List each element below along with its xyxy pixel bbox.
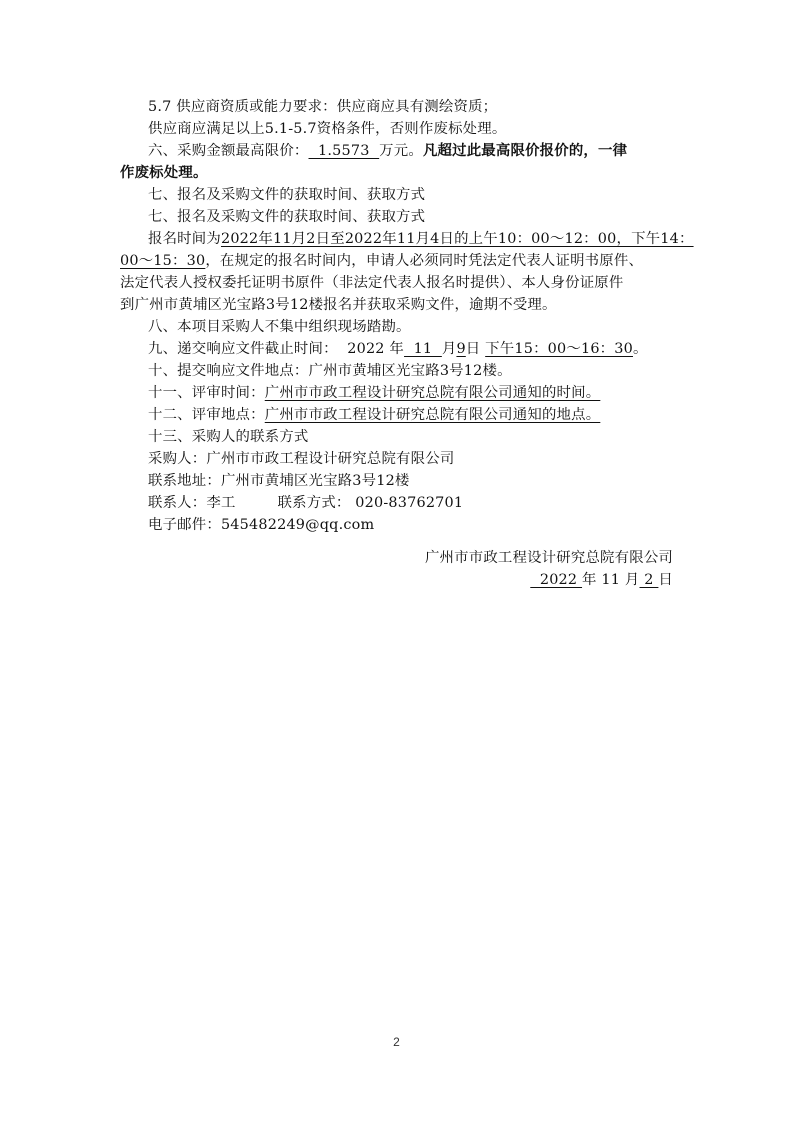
price-limit-warning: 凡超过此最高限价报价的，一律 — [423, 143, 627, 159]
company-name: 广州市市政工程设计研究总院有限公司 — [425, 550, 673, 566]
contact-phone: 联系方式： 020-83762701 — [278, 495, 464, 511]
date-year: 2022 — [530, 572, 582, 588]
submission-location: 十、提交响应文件地点：广州市黄埔区光宝路3号12楼。 — [148, 360, 680, 382]
text: 电子邮件：545482249@qq.com — [148, 517, 374, 533]
text: 5.7 供应商资质或能力要求：供应商应具有测绘资质； — [148, 99, 497, 115]
contact-heading: 十三、采购人的联系方式 — [148, 426, 680, 448]
text: 法定代表人授权委托证明书原件（非法定代表人报名时提供）、本人身份证原件 — [120, 275, 623, 291]
qualification-summary: 供应商应满足以上5.1-5.7资格条件，否则作废标处理。 — [148, 118, 680, 140]
contact-name: 联系人：李工 — [148, 495, 236, 511]
review-location: 十二、评审地点：广州市市政工程设计研究总院有限公司通知的地点。 — [148, 404, 680, 426]
text: 八、本项目采购人不集中组织现场踏勘。 — [148, 319, 411, 335]
deadline-month: 11 — [404, 341, 442, 357]
price-limit-label: 六、采购金额最高限价： — [148, 143, 309, 159]
contact-person: 联系人：李工联系方式： 020-83762701 — [148, 492, 680, 514]
text: 采购人：广州市市政工程设计研究总院有限公司 — [148, 451, 454, 467]
text: ，在规定的报名时间内，申请人必须同时凭法定代表人证明书原件、 — [205, 253, 643, 269]
registration-location: 到广州市黄埔区光宝路3号12楼报名并获取采购文件，逾期不受理。 — [120, 294, 680, 316]
text: 到广州市黄埔区光宝路3号12楼报名并获取采购文件，逾期不受理。 — [120, 297, 557, 313]
registration-time: 报名时间为2022年11月2日至2022年11月4日的上午10：00～12：00… — [148, 228, 680, 250]
price-limit-value: 1.5573 — [309, 143, 380, 159]
text: 七、报名及采购文件的获取时间、获取方式 — [148, 187, 425, 203]
text: 日 — [658, 572, 673, 588]
text: 十一、评审时间： — [148, 385, 265, 401]
submission-deadline: 九、递交响应文件截止时间： 2022 年 11 月9日 下午15：00～16：3… — [148, 338, 680, 360]
text: 作废标处理。 — [120, 165, 208, 181]
signature-company: 广州市市政工程设计研究总院有限公司 — [425, 547, 673, 569]
price-limit-unit: 万元。 — [379, 143, 423, 159]
deadline-time: 下午15：00～16：30 — [485, 341, 633, 357]
date-day: 2 — [640, 572, 659, 588]
text: 十二、评审地点： — [148, 407, 265, 423]
registration-documents: 法定代表人授权委托证明书原件（非法定代表人报名时提供）、本人身份证原件 — [120, 272, 680, 294]
section-seven-heading-duplicate: 七、报名及采购文件的获取时间、获取方式 — [148, 206, 680, 228]
review-time: 十一、评审时间：广州市市政工程设计研究总院有限公司通知的时间。 — [148, 382, 680, 404]
document-page: 5.7 供应商资质或能力要求：供应商应具有测绘资质； 供应商应满足以上5.1-5… — [0, 0, 793, 1122]
qualification-requirement-5-7: 5.7 供应商资质或能力要求：供应商应具有测绘资质； — [148, 96, 680, 118]
price-limit-warning-cont: 作废标处理。 — [120, 162, 680, 184]
text: 七、报名及采购文件的获取时间、获取方式 — [148, 209, 425, 225]
text: 年 11 月 — [582, 572, 639, 588]
site-visit-notice: 八、本项目采购人不集中组织现场踏勘。 — [148, 316, 680, 338]
text: 九、递交响应文件截止时间： 2022 年 — [148, 341, 404, 357]
signature-date: 2022 年 11 月 2 日 — [530, 569, 673, 591]
contact-address: 联系地址：广州市黄埔区光宝路3号12楼 — [148, 470, 680, 492]
price-limit-section: 六、采购金额最高限价： 1.5573 万元。凡超过此最高限价报价的，一律 — [148, 140, 680, 162]
deadline-day: 9 — [456, 341, 465, 357]
review-time-value: 广州市市政工程设计研究总院有限公司通知的时间。 — [265, 385, 601, 401]
registration-period: 2022年11月2日至2022年11月4日的上午10：00～12：00，下午14… — [221, 231, 694, 247]
text: 日 — [466, 341, 485, 357]
registration-period-end: 00～15：30 — [120, 253, 205, 269]
text: 联系地址：广州市黄埔区光宝路3号12楼 — [148, 473, 410, 489]
text: 供应商应满足以上5.1-5.7资格条件，否则作废标处理。 — [148, 121, 506, 137]
text: 十、提交响应文件地点：广州市黄埔区光宝路3号12楼。 — [148, 363, 512, 379]
text: 十三、采购人的联系方式 — [148, 429, 309, 445]
purchaser-name: 采购人：广州市市政工程设计研究总院有限公司 — [148, 448, 680, 470]
registration-time-cont: 00～15：30，在规定的报名时间内，申请人必须同时凭法定代表人证明书原件、 — [120, 250, 680, 272]
page-number: 2 — [0, 1035, 793, 1049]
text: 月 — [442, 341, 457, 357]
section-seven-heading: 七、报名及采购文件的获取时间、获取方式 — [148, 184, 680, 206]
contact-email: 电子邮件：545482249@qq.com — [148, 514, 680, 536]
text: 报名时间为 — [148, 231, 221, 247]
text: 。 — [633, 341, 648, 357]
review-location-value: 广州市市政工程设计研究总院有限公司通知的地点。 — [265, 407, 601, 423]
